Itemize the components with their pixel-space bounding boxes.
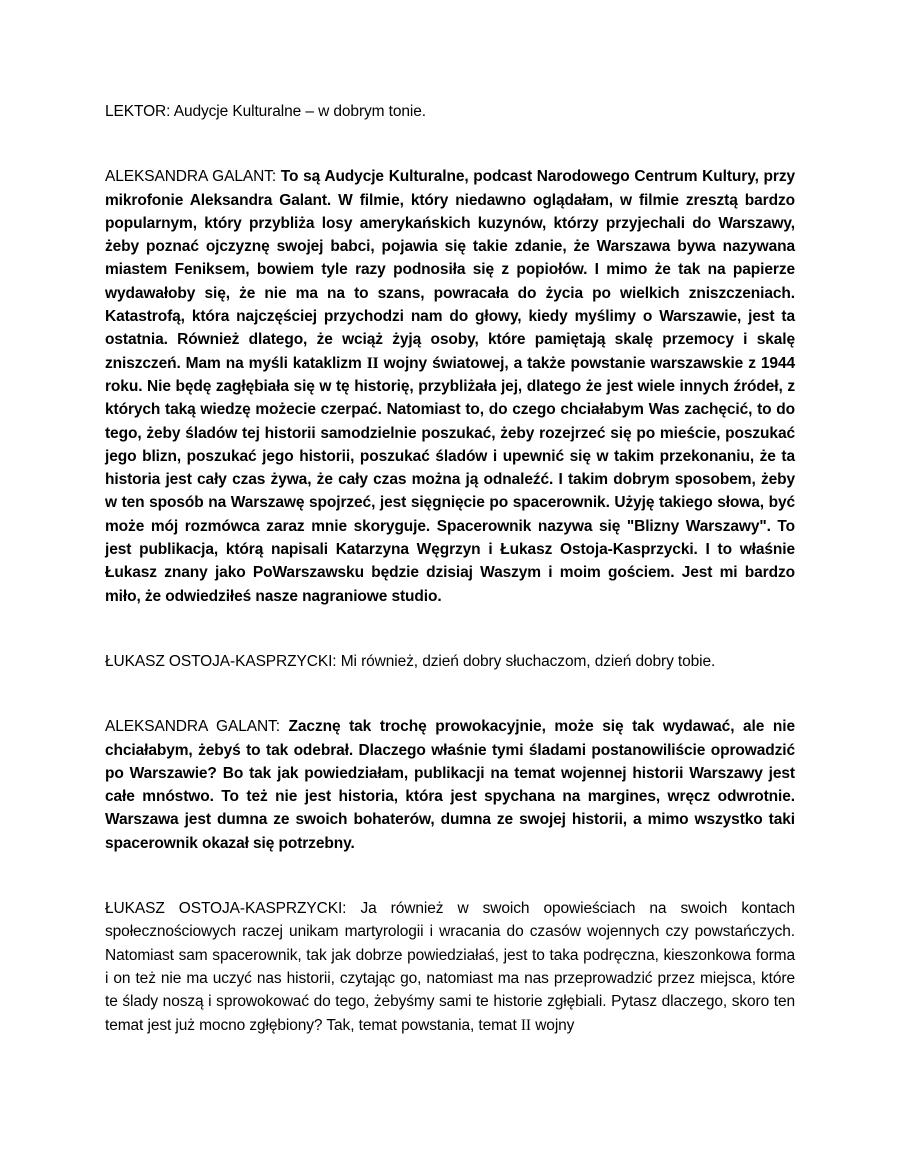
document-page: LEKTOR: Audycje Kulturalne – w dobrym to… [0, 0, 900, 1165]
roman-numeral: II [367, 355, 379, 372]
transcript-paragraph: ALEKSANDRA GALANT: To są Audycje Kultura… [105, 165, 795, 608]
transcript-paragraph: ALEKSANDRA GALANT: Zacznę tak trochę pro… [105, 715, 795, 855]
speaker-label: ALEKSANDRA GALANT: [105, 168, 276, 185]
speaker-label: ALEKSANDRA GALANT: [105, 718, 280, 735]
transcript-paragraph: ŁUKASZ OSTOJA-KASPRZYCKI: Ja również w s… [105, 897, 795, 1037]
speech-text: Zacznę tak trochę prowokacyjnie, może si… [105, 718, 795, 851]
transcript-paragraph: LEKTOR: Audycje Kulturalne – w dobrym to… [105, 100, 795, 123]
speech-text: Ja również w swoich opowieściach na swoi… [105, 900, 795, 1033]
speech-text: To są Audycje Kulturalne, podcast Narodo… [105, 168, 795, 604]
transcript-paragraph: ŁUKASZ OSTOJA-KASPRZYCKI: Mi również, dz… [105, 650, 795, 673]
roman-numeral: II [521, 1017, 531, 1034]
speech-text: Audycje Kulturalne – w dobrym tonie. [174, 103, 426, 120]
speech-text: Mi również, dzień dobry słuchaczom, dzie… [341, 653, 716, 670]
speaker-label: ŁUKASZ OSTOJA-KASPRZYCKI: [105, 900, 346, 917]
speaker-label: LEKTOR: [105, 103, 170, 120]
speaker-label: ŁUKASZ OSTOJA-KASPRZYCKI: [105, 653, 337, 670]
